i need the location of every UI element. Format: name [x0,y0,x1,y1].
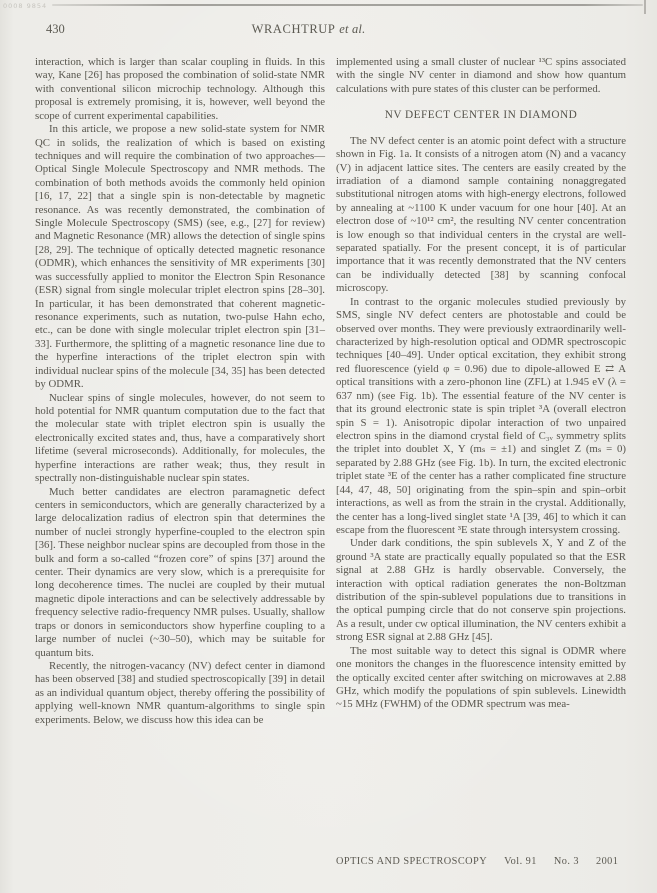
left-column: interaction, which is larger than scalar… [35,56,325,727]
footer-volume: Vol. 91 [504,856,537,867]
paragraph: Nuclear spins of single molecules, howev… [35,392,325,486]
footer-number: No. 3 [554,856,579,867]
right-column: implemented using a small cluster of nuc… [336,56,626,712]
footer-journal-name: OPTICS AND SPECTROSCOPY [336,856,487,867]
scan-edge-line [52,4,643,6]
section-heading: NV DEFECT CENTER IN DIAMOND [336,109,626,122]
footer-year: 2001 [596,856,618,867]
paragraph: implemented using a small cluster of nuc… [336,56,626,96]
paragraph: Much better candidates are electron para… [35,486,325,660]
journal-footer: OPTICS AND SPECTROSCOPY Vol. 91 No. 3 20… [336,856,636,867]
paragraph: The NV defect center is an atomic point … [336,135,626,296]
scan-corner-mark: 0008 9854 [3,2,47,10]
paragraph: In contrast to the organic molecules stu… [336,296,626,538]
scanned-paper-page: { "page": { "corner_mark": "0008 9854", … [0,0,657,893]
paragraph: Under dark conditions, the spin sublevel… [336,537,626,644]
paragraph: The most suitable way to detect this sig… [336,645,626,712]
page-header: 430 WRACHTRUP et al. [0,22,657,40]
scan-edge-tick [644,0,646,14]
running-author: WRACHTRUP [252,22,336,36]
paragraph: Recently, the nitrogen-vacancy (NV) defe… [35,660,325,727]
paragraph: interaction, which is larger than scalar… [35,56,325,123]
paragraph: In this article, we propose a new solid-… [35,123,325,391]
running-title: WRACHTRUP et al. [0,22,617,37]
running-etal: et al. [339,22,365,36]
